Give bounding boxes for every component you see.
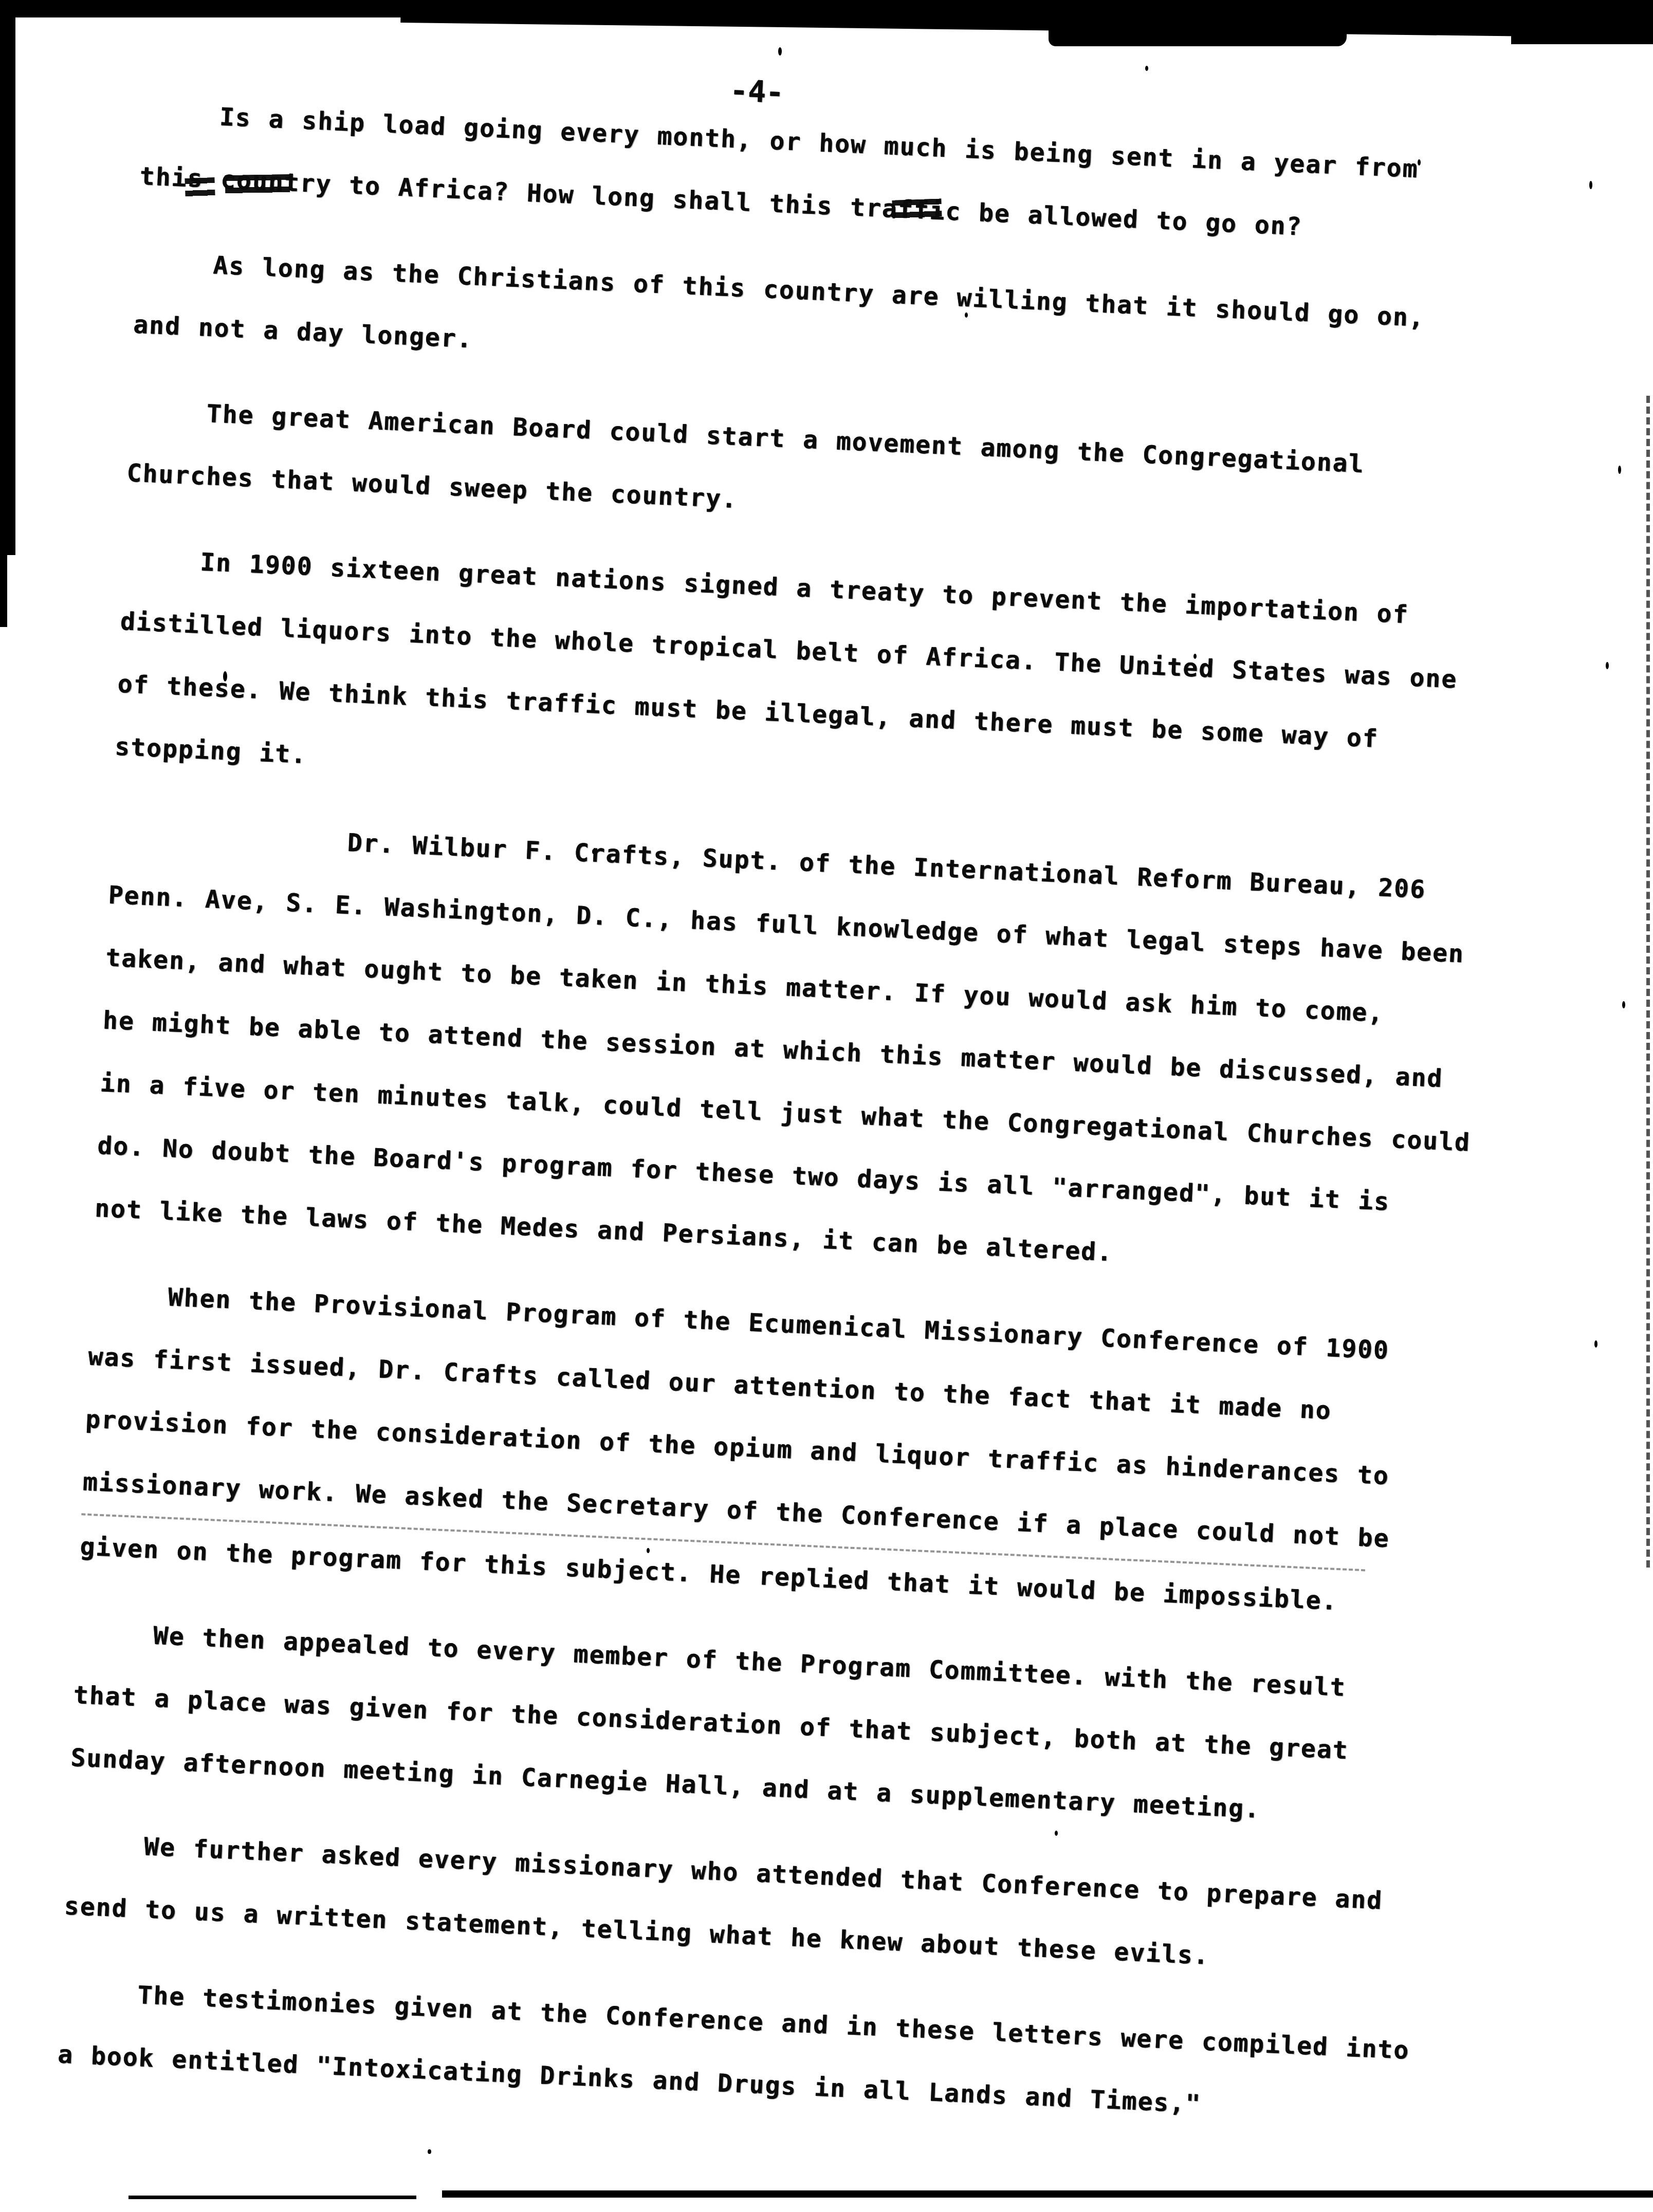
- scan-edge-top: [400, 0, 1653, 39]
- ink-speck: [1606, 662, 1609, 669]
- ink-speck: [1589, 181, 1592, 189]
- scanned-page: -4- Is a ship load going every month, or…: [0, 0, 1653, 2212]
- ink-speck: [1622, 1001, 1625, 1008]
- scan-edge-bottom: [128, 2196, 416, 2199]
- paragraph: Dr. Wilbur F. Crafts, Supt. of the Inter…: [94, 801, 1551, 1302]
- typed-text-block: -4- Is a ship load going every month, or…: [56, 82, 1582, 2171]
- paragraph: We then appealed to every member of the …: [69, 1601, 1515, 1852]
- scan-edge-left: [0, 555, 7, 627]
- ink-speck: [778, 47, 782, 56]
- ink-speck: [1594, 1340, 1597, 1348]
- paragraph: When the Provisional Program of the Ecum…: [79, 1263, 1530, 1641]
- scan-edge-top: [1049, 24, 1347, 46]
- page-number: -4-: [729, 73, 785, 110]
- scan-edge-right: [1646, 396, 1650, 1568]
- paragraph: In 1900 sixteen great nations signed a t…: [114, 527, 1563, 841]
- scan-edge-top: [1511, 0, 1653, 44]
- ink-speck: [1145, 66, 1148, 71]
- scan-edge-bottom: [442, 2190, 1653, 2198]
- ink-speck: [428, 2149, 431, 2154]
- ink-speck: [1618, 466, 1621, 474]
- scan-edge-left: [0, 0, 15, 555]
